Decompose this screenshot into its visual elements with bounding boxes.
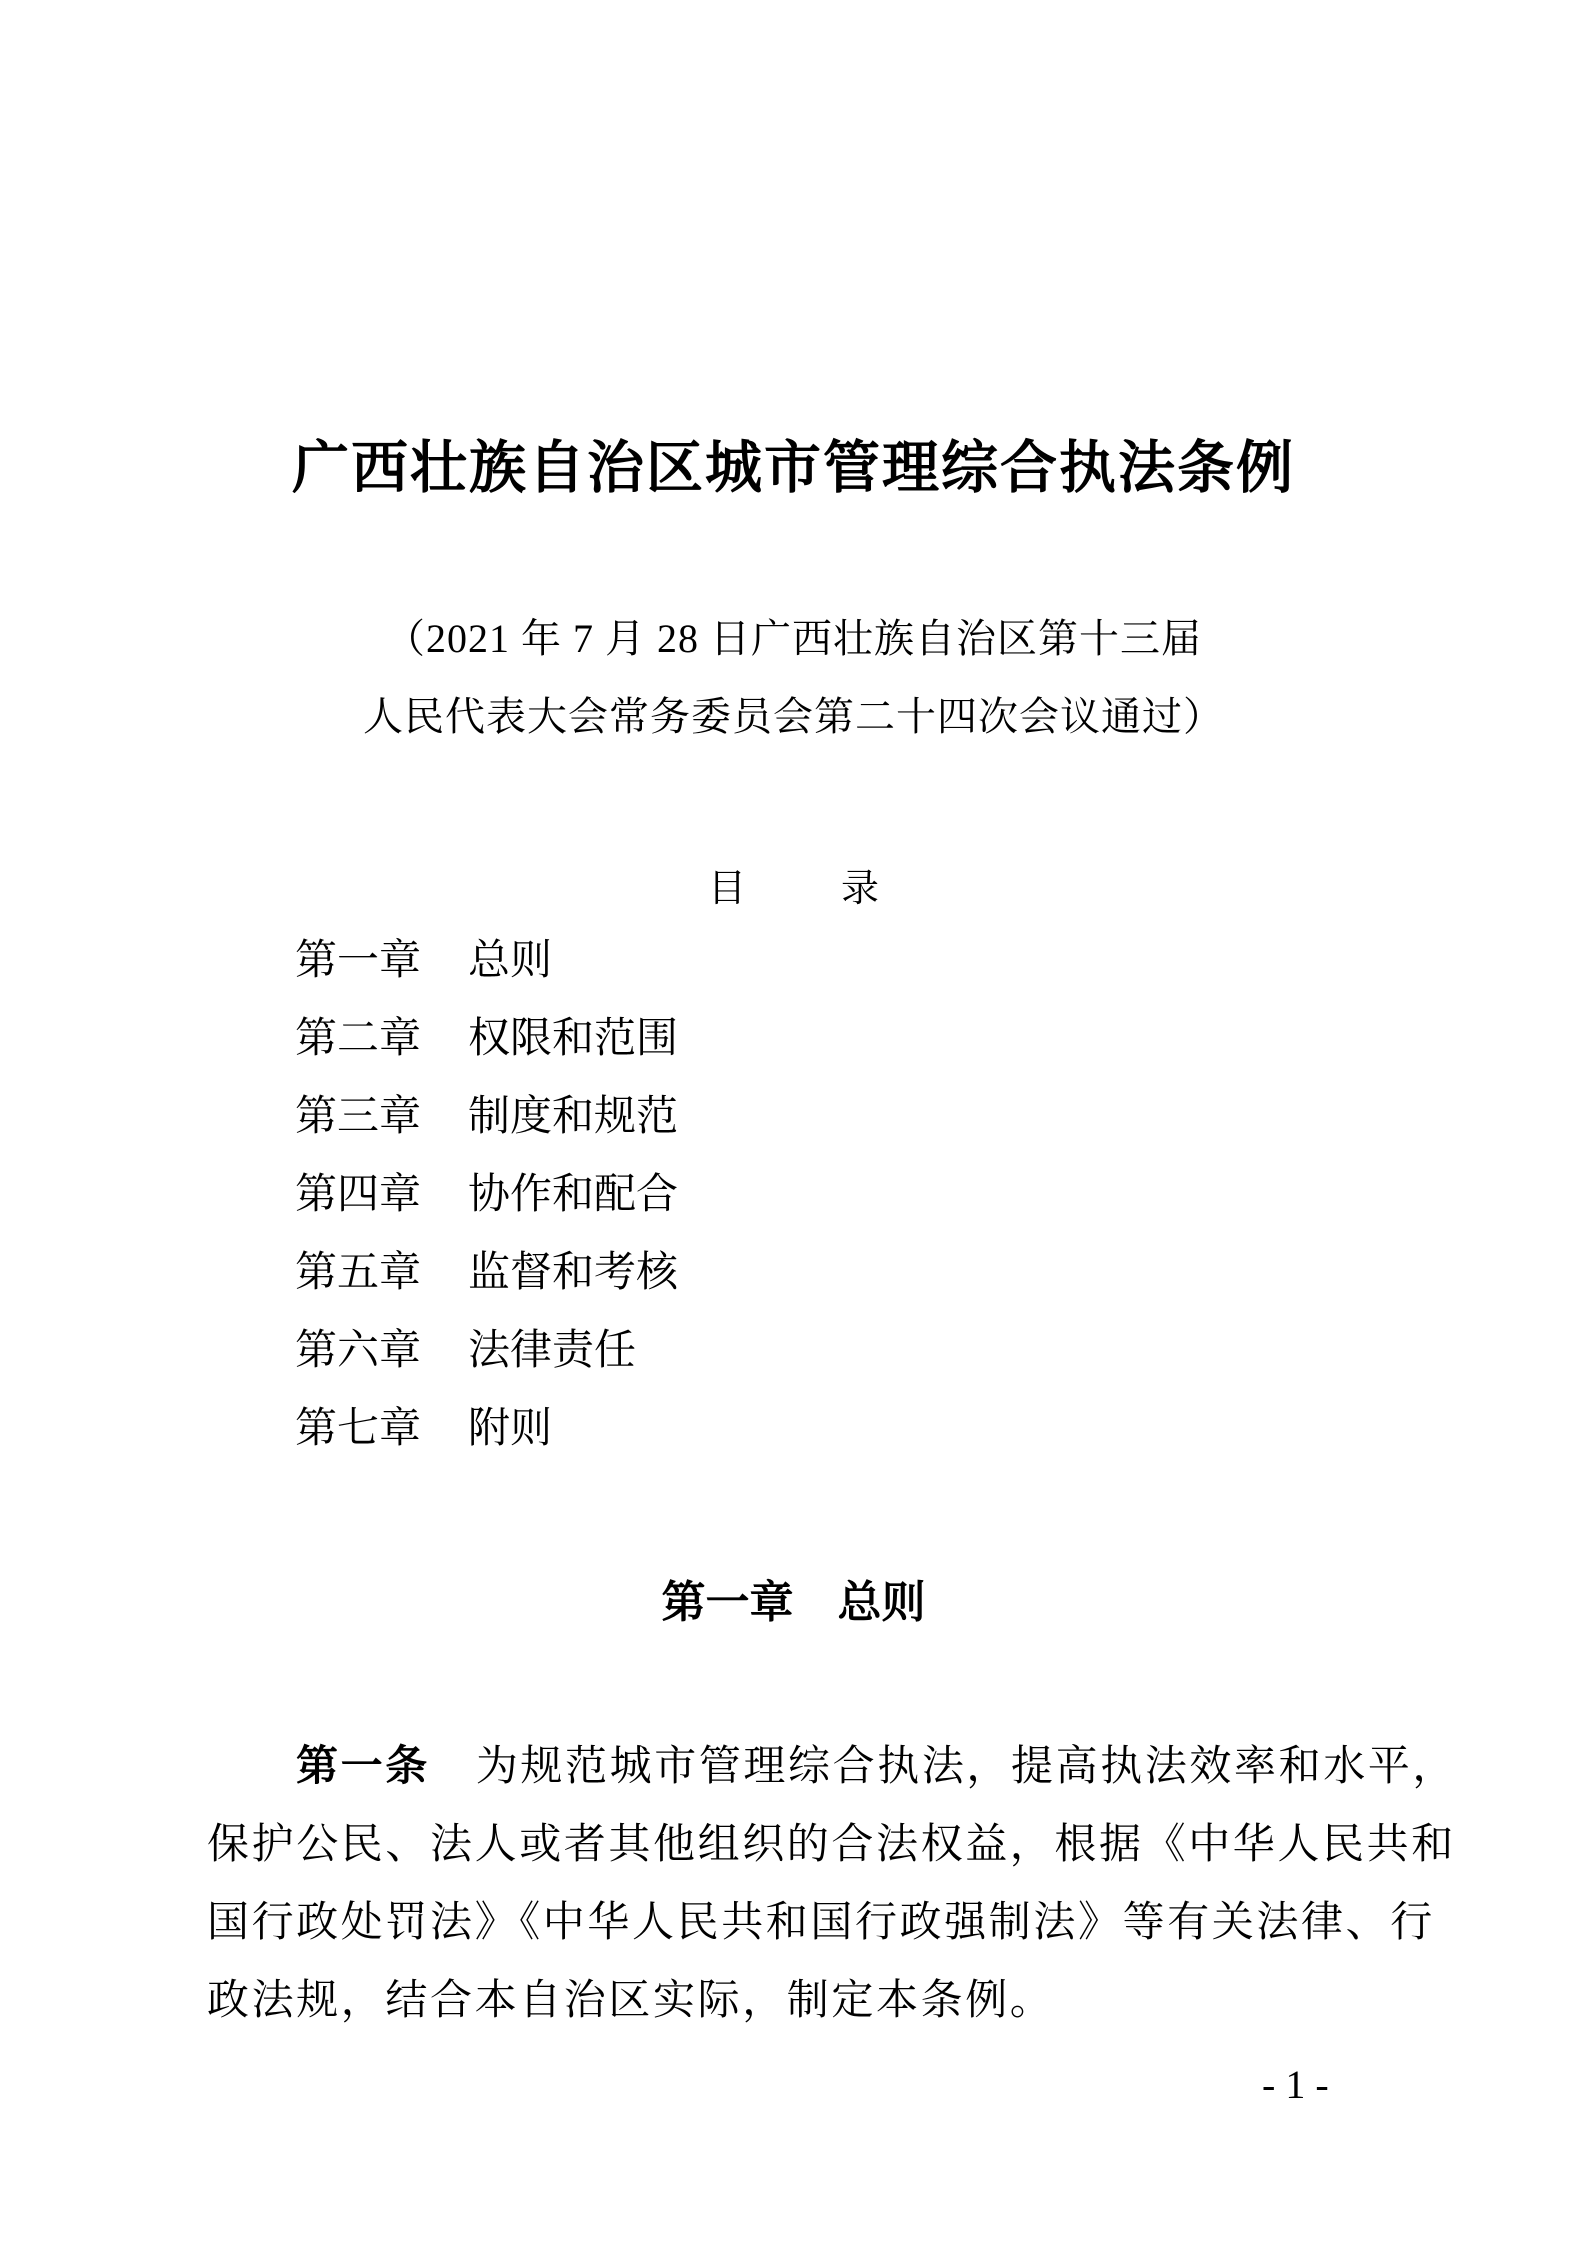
enactment-note-line2: 人民代表大会常务委员会第二十四次会议通过）: [0, 678, 1587, 756]
article-1-line-1-text: 为规范城市管理综合执法，提高执法效率和水平，: [476, 1744, 1457, 1790]
toc-entry-chapter: 第七章: [295, 1390, 421, 1468]
chapter-1-name: 总则: [838, 1578, 926, 1628]
chapter-1-heading: 第一章 总则: [0, 1578, 1587, 1628]
toc-entry-6: 第六章 法律责任: [295, 1312, 678, 1390]
article-1-line-4: 政法规，结合本自治区实际，制定本条例。: [207, 1962, 1467, 2040]
toc-entry-title: 法律责任: [468, 1312, 636, 1390]
toc-heading-char1: 目: [708, 868, 746, 910]
toc-list: 第一章 总则 第二章 权限和范围 第三章 制度和规范 第四章 协作和配合 第五章…: [295, 922, 678, 1468]
article-1-line-1: 第一条为规范城市管理综合执法，提高执法效率和水平，: [207, 1727, 1467, 1806]
document-title: 广西壮族自治区城市管理综合执法条例: [0, 438, 1587, 500]
toc-entry-chapter: 第四章: [295, 1156, 421, 1234]
toc-entry-title: 附则: [468, 1390, 552, 1468]
article-1-paragraph: 第一条为规范城市管理综合执法，提高执法效率和水平， 保护公民、法人或者其他组织的…: [207, 1727, 1467, 2040]
toc-entry-title: 制度和规范: [468, 1078, 678, 1156]
toc-entry-2: 第二章 权限和范围: [295, 1000, 678, 1078]
chapter-1-number: 第一章: [662, 1578, 794, 1628]
toc-entry-chapter: 第三章: [295, 1078, 421, 1156]
toc-entry-7: 第七章 附则: [295, 1390, 678, 1468]
toc-heading: 目 录: [0, 868, 1587, 910]
toc-entry-chapter: 第五章: [295, 1234, 421, 1312]
toc-entry-title: 总则: [468, 922, 552, 1000]
toc-entry-chapter: 第二章: [295, 1000, 421, 1078]
toc-entry-title: 协作和配合: [468, 1156, 678, 1234]
toc-entry-title: 权限和范围: [468, 1000, 678, 1078]
article-1-line-2: 保护公民、法人或者其他组织的合法权益，根据《中华人民共和: [207, 1806, 1467, 1884]
article-1-lead: 第一条: [296, 1742, 430, 1789]
page-number: - 1 -: [1262, 2062, 1329, 2108]
document-page: 广西壮族自治区城市管理综合执法条例 （2021 年 7 月 28 日广西壮族自治…: [0, 0, 1587, 2245]
enactment-note-line1: （2021 年 7 月 28 日广西壮族自治区第十三届: [0, 600, 1587, 678]
toc-entry-4: 第四章 协作和配合: [295, 1156, 678, 1234]
article-1-line-3: 国行政处罚法》《中华人民共和国行政强制法》等有关法律、行: [207, 1884, 1467, 1962]
toc-entry-chapter: 第一章: [295, 922, 421, 1000]
toc-entry-1: 第一章 总则: [295, 922, 678, 1000]
toc-entry-5: 第五章 监督和考核: [295, 1234, 678, 1312]
toc-entry-3: 第三章 制度和规范: [295, 1078, 678, 1156]
toc-entry-chapter: 第六章: [295, 1312, 421, 1390]
enactment-note: （2021 年 7 月 28 日广西壮族自治区第十三届 人民代表大会常务委员会第…: [0, 600, 1587, 756]
toc-heading-char2: 录: [841, 868, 879, 910]
toc-entry-title: 监督和考核: [468, 1234, 678, 1312]
